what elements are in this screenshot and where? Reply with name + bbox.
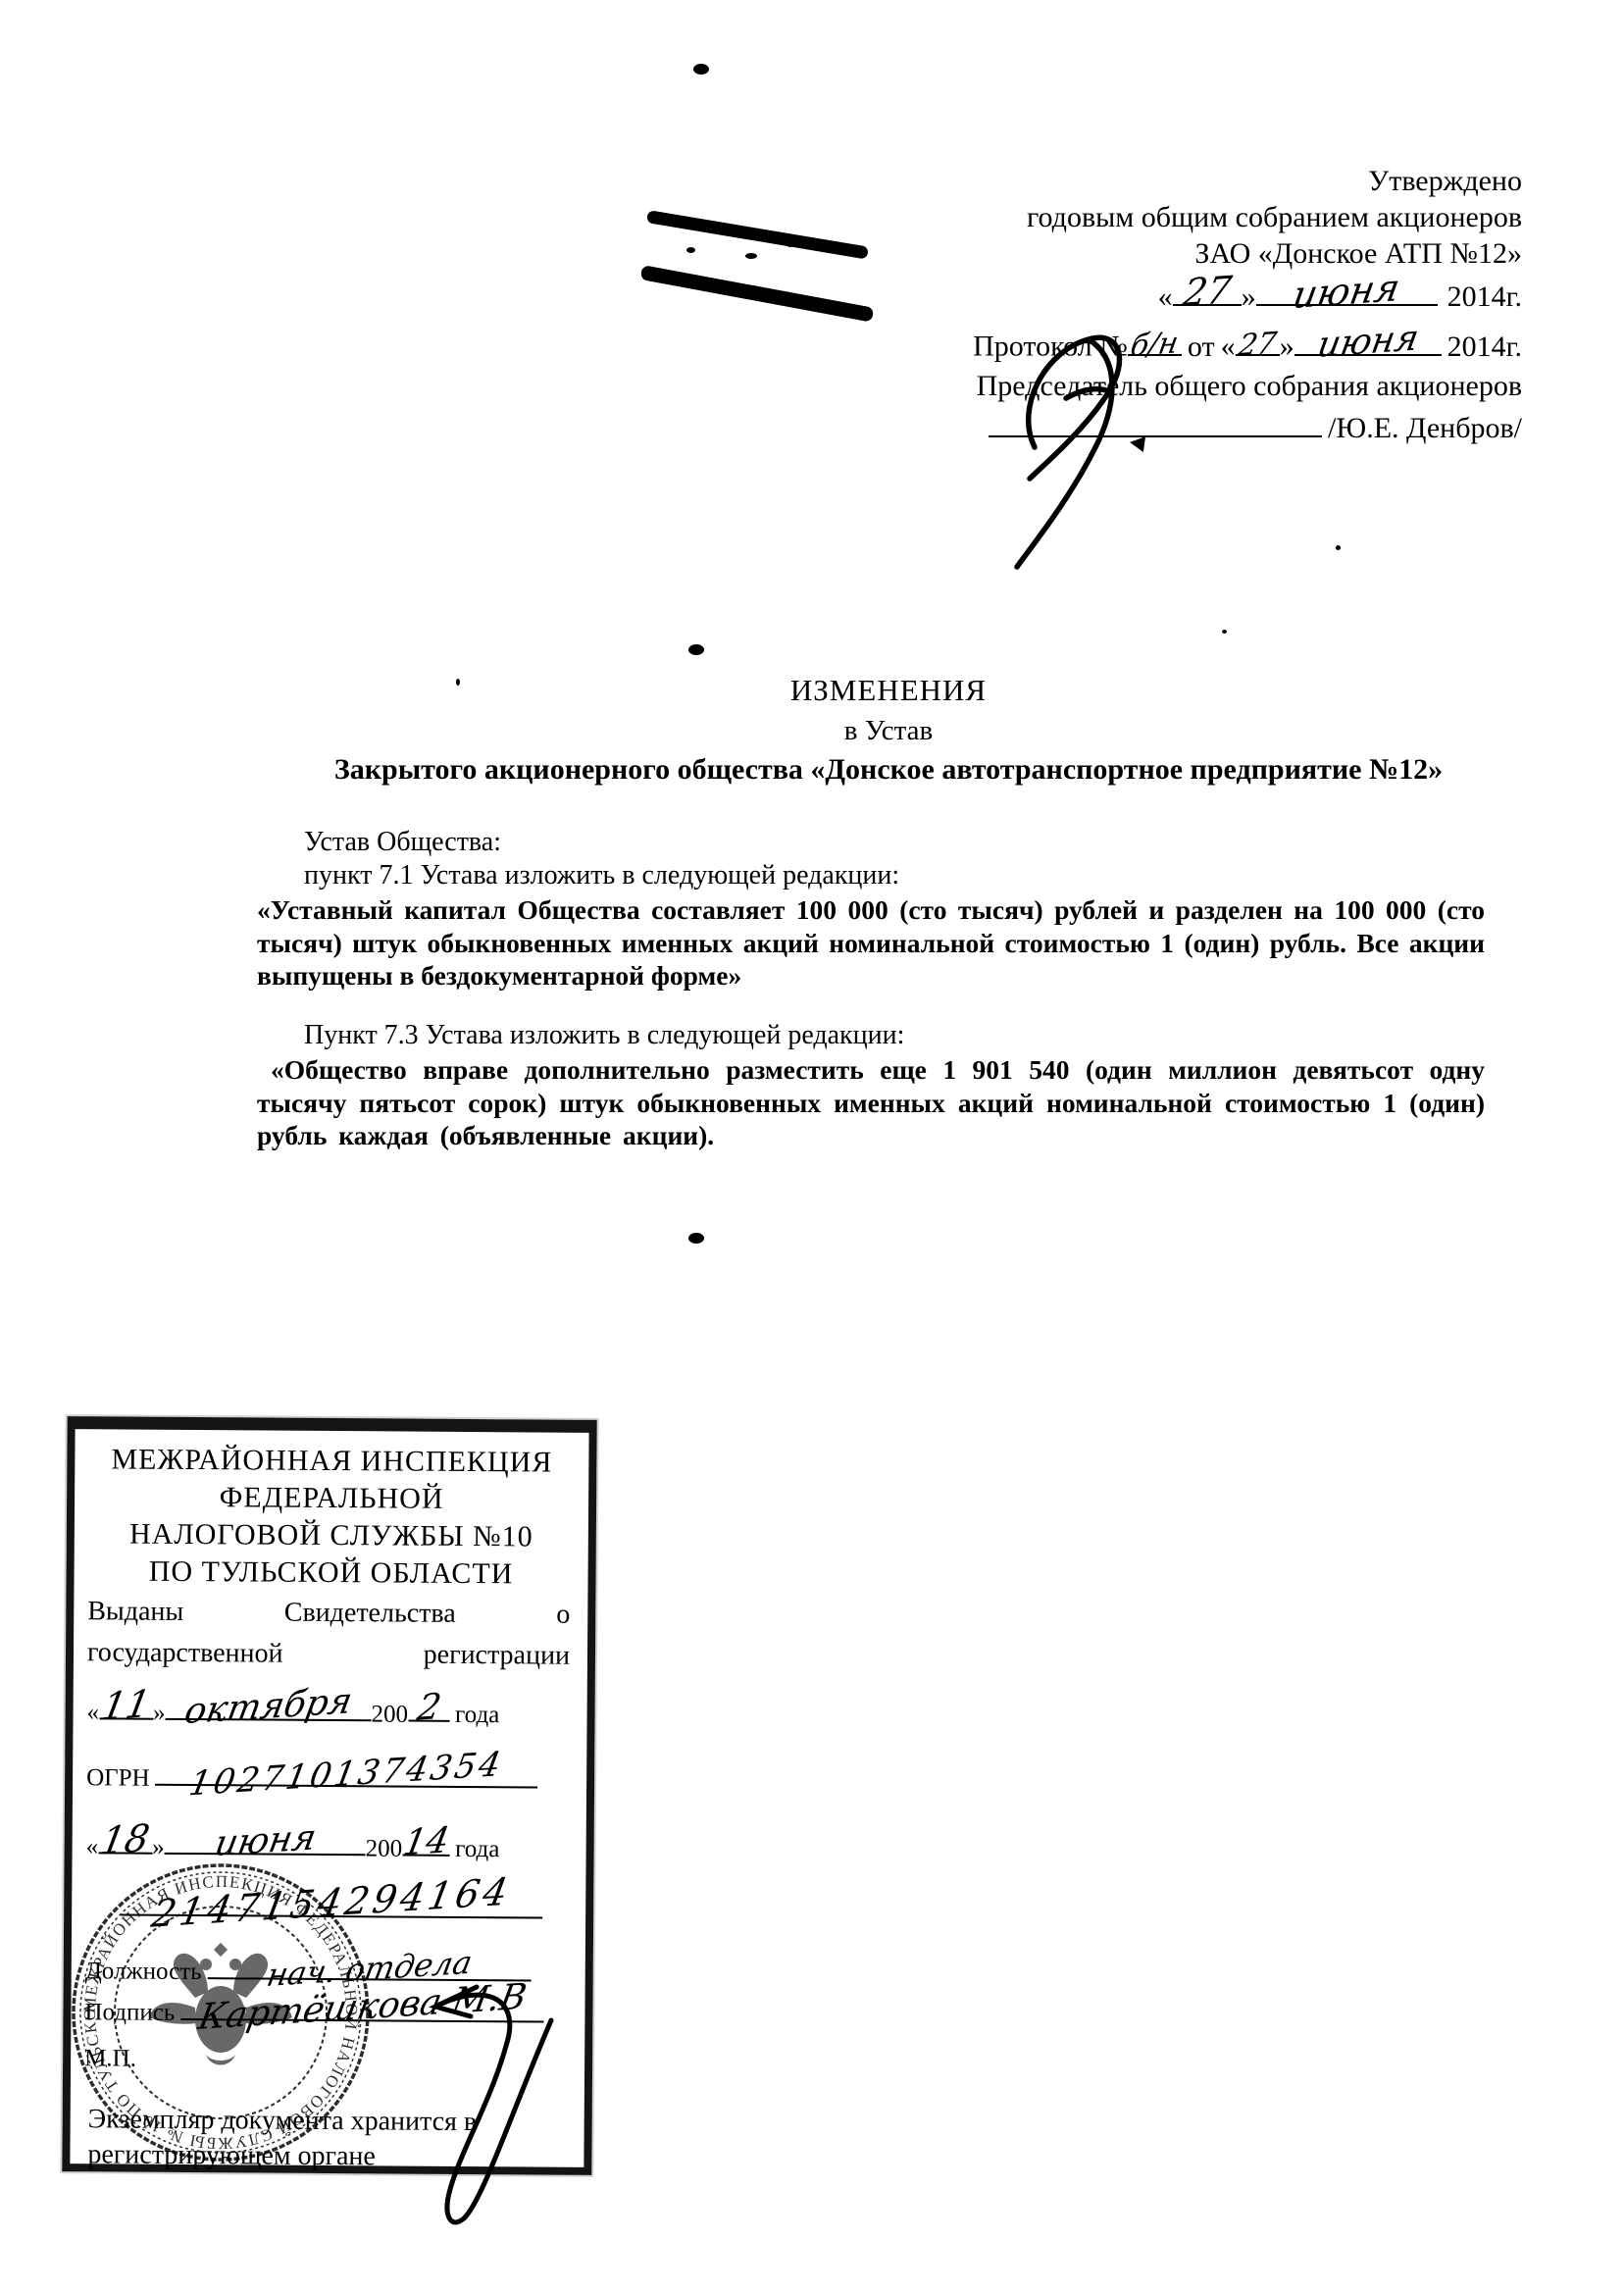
stamp-header-3: НАЛОГОВОЙ СЛУЖБЫ №10	[75, 1517, 588, 1554]
handwritten-year-digit: 2	[414, 1690, 443, 1727]
year-word: года	[455, 1836, 499, 1862]
stamp-header-1: МЕЖРАЙОННАЯ ИНСПЕКЦИЯ	[75, 1443, 588, 1480]
ogrn-line: ОГРН1027101374354	[86, 1757, 538, 1795]
stamp-registration-line: государственной регистрации	[87, 1637, 570, 1671]
handwritten-month: октября	[181, 1684, 354, 1730]
registrar-signature-flourish	[361, 1944, 577, 2238]
document-title-block: ИЗМЕНЕНИЯ в Устав Закрытого акционерного…	[275, 673, 1502, 787]
handwritten-month: июня	[1291, 269, 1403, 314]
year-printed: 200	[371, 1702, 408, 1728]
company-title-line: Закрытого акционерного общества «Донское…	[275, 753, 1502, 787]
fill-line: 2	[408, 1695, 449, 1723]
page-title: ИЗМЕНЕНИЯ	[275, 673, 1502, 708]
scan-speck	[686, 247, 695, 253]
chairman-signature	[976, 330, 1206, 580]
scribble-stroke	[640, 265, 875, 322]
quote-open: «	[86, 1700, 99, 1726]
stamp-header-4: ПО ТУЛЬСКОЙ ОБЛАСТИ	[74, 1554, 587, 1592]
handwritten-month: июня	[1314, 321, 1421, 364]
clause-7-1-text: «Уставный капитал Общества составляет 10…	[257, 893, 1485, 993]
fill-line: 11	[99, 1692, 153, 1720]
scan-speck	[745, 253, 757, 259]
fill-line: июня	[1294, 323, 1442, 356]
chairman-name: /Ю.Е. Денбров/	[1328, 412, 1522, 444]
scan-speck	[787, 242, 793, 247]
stamp-date-1-line: «11»октября2002года	[86, 1692, 499, 1729]
scan-dot	[688, 644, 704, 655]
scan-dot	[688, 1233, 704, 1244]
handwritten-day: 11	[99, 1685, 153, 1726]
ogrn-label: ОГРН	[86, 1765, 150, 1792]
fill-line: октября	[166, 1693, 372, 1722]
handwritten-day: 27	[1180, 271, 1234, 312]
handwritten-year-digit: 14	[400, 1823, 451, 1861]
clause-7-1-lead: пункт 7.1 Устава изложить в следующей ре…	[304, 860, 899, 891]
fill-line: 1027101374354	[156, 1758, 538, 1789]
approval-line-company: ЗАО «Донское АТП №12»	[973, 235, 1522, 272]
scan-speck	[1222, 630, 1227, 634]
quote-open: «	[1158, 280, 1173, 313]
quote-close: »	[153, 1700, 166, 1726]
approval-line-meeting: годовым общим собранием акционеров	[973, 199, 1522, 235]
quote-close: »	[1280, 331, 1294, 363]
clause-7-3-text: «Общество вправе дополнительно разместит…	[257, 1053, 1485, 1152]
body-intro: Устав Общества:	[304, 827, 501, 858]
year-label: 2014г.	[1447, 280, 1522, 313]
handwritten-ogrn: 1027101374354	[187, 1748, 507, 1802]
round-seal: МЕЖРАЙОННАЯ ИНСПЕКЦИЯ ФЕДЕРАЛЬНОЙ НАЛОГО…	[59, 1851, 382, 2174]
handwritten-day: 27	[1236, 329, 1278, 361]
approval-line-approved: Утверждено	[973, 163, 1522, 199]
clause-7-3-lead: Пункт 7.3 Устава изложить в следующей ре…	[304, 1020, 904, 1051]
title-subline: в Устав	[275, 715, 1502, 747]
year-label: 2014г.	[1447, 331, 1522, 363]
scanned-document-page: Утверждено годовым общим собранием акцио…	[0, 0, 1624, 2291]
double-headed-eagle-emblem	[149, 1943, 292, 2065]
fill-line: июня	[1256, 274, 1438, 307]
quote-close: »	[1242, 280, 1256, 313]
stamp-issued-line: Выданы Свидетельства о	[87, 1596, 570, 1630]
scan-dot	[693, 64, 709, 75]
fill-line: 27	[1236, 323, 1280, 356]
scribble-stroke	[646, 210, 869, 259]
year-word: года	[455, 1702, 499, 1728]
fill-line: 27	[1173, 274, 1242, 307]
stamp-header-2: ФЕДЕРАЛЬНОЙ	[75, 1480, 588, 1517]
fill-line: 14	[402, 1829, 449, 1858]
quote-open: «	[1221, 331, 1236, 363]
scan-speck	[1336, 545, 1341, 550]
approval-date-line: «27»июня2014г.	[973, 272, 1522, 323]
